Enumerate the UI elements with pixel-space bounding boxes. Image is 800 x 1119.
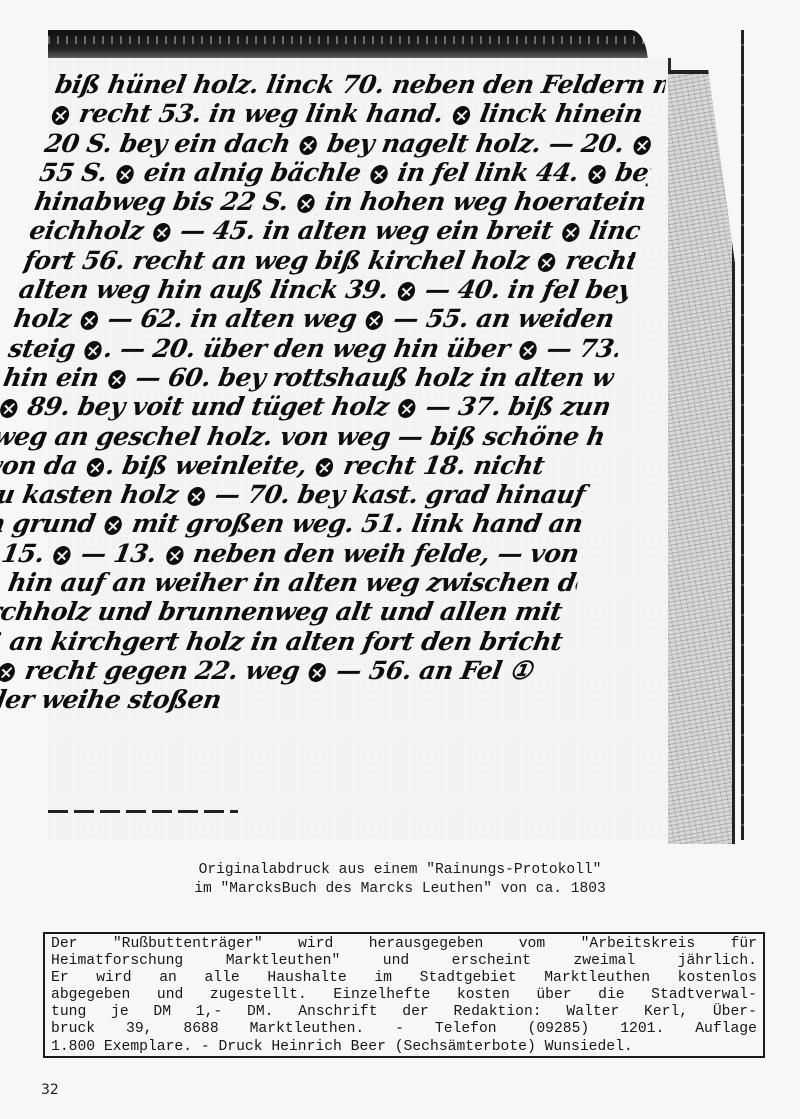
imprint-word: jährlich. [678, 953, 757, 970]
imprint-word: zweimal [573, 953, 635, 970]
handwritten-line: biß hünel holz. linck 70. neben den Feld… [53, 70, 668, 99]
manuscript-photo: biß hünel holz. linck 70. neben den Feld… [48, 30, 762, 840]
imprint-word: Heimatforschung [51, 953, 183, 970]
imprint-word: "Rußbuttenträger" [113, 936, 263, 953]
imprint-word: Auflage [695, 1021, 757, 1038]
imprint-word: DM [153, 1004, 171, 1021]
imprint-word: abgegeben [51, 987, 130, 1004]
boundary-stone-mark-icon [115, 165, 135, 184]
bottom-edge-line [48, 810, 238, 813]
boundary-stone-mark-icon [518, 341, 538, 360]
imprint-word: 1.800 Exemplare. - Druck Heinrich Beer (… [51, 1039, 633, 1056]
handwritten-line: 15. — 13. neben den weih felde, — von [0, 539, 585, 568]
imprint-word: kostenlos [678, 970, 757, 987]
handwritten-line: biß an kirchgert holz in alten fort den … [0, 627, 570, 656]
imprint-word: Einzelhefte [333, 987, 430, 1004]
imprint-word: Stadtgebiet [420, 970, 517, 987]
imprint-line: 1.800 Exemplare. - Druck Heinrich Beer (… [51, 1039, 757, 1056]
imprint-word: je [111, 1004, 129, 1021]
imprint-word: kosten [457, 987, 510, 1004]
boundary-stone-mark-icon [186, 487, 206, 506]
boundary-stone-mark-icon [632, 136, 652, 155]
imprint-word: vom [519, 936, 545, 953]
imprint-word: für [731, 936, 757, 953]
imprint-line: HeimatforschungMarktleuthen"underscheint… [51, 953, 757, 970]
boundary-stone-mark-icon [107, 370, 127, 389]
imprint-word: und [157, 987, 183, 1004]
boundary-stone-mark-icon [397, 399, 417, 418]
boundary-stone-mark-icon [0, 663, 16, 682]
page-edge-line [741, 30, 744, 840]
boundary-stone-mark-icon [79, 311, 99, 330]
imprint-word: wird [298, 936, 333, 953]
imprint-word: Stadtverwal- [651, 987, 757, 1004]
imprint-word: bruck [51, 1021, 95, 1038]
boundary-stone-mark-icon [587, 165, 607, 184]
boundary-stone-mark-icon [369, 165, 389, 184]
page-number: 32 [41, 1082, 59, 1098]
imprint-word: Anschrift [298, 1004, 377, 1021]
boundary-stone-mark-icon [307, 663, 327, 682]
imprint-word: zugestellt. [210, 987, 307, 1004]
imprint-word: die [598, 987, 624, 1004]
imprint-word: der [402, 1004, 428, 1021]
boundary-stone-mark-icon [364, 311, 384, 330]
imprint-line: bruck39,8688Marktleuthen.-Telefon(09285)… [51, 1021, 757, 1038]
handwritten-line: alten weg hin auß linck 39. — 40. in fel… [17, 275, 632, 304]
imprint-word: 1201. [620, 1021, 664, 1038]
handwritten-line: weg an geschel holz. von weg — biß schön… [0, 422, 606, 451]
handwritten-line: da hin auf an weiher in alten weg zwisch… [0, 568, 580, 597]
boundary-stone-mark-icon [560, 223, 580, 242]
handwritten-line: in grund mit großen weg. 51. link hand a… [0, 509, 591, 538]
handwritten-line: 55 S. ein alnig bächle in fel link 44. b… [37, 158, 652, 187]
imprint-word: Über- [713, 1004, 757, 1021]
imprint-word: Er [51, 970, 69, 987]
handwritten-line: recht 53. in weg link hand. linck hinein [48, 99, 663, 128]
imprint-word: "Arbeitskreis [581, 936, 696, 953]
handwritten-line: holz — 62. in alten weg — 55. an weiden [12, 304, 627, 333]
handwritten-line: von da . biß weinleite, recht 18. nicht [0, 451, 601, 480]
handwritten-line: 89. bey voit und tüget holz — 37. biß zu… [0, 392, 611, 421]
boundary-stone-mark-icon [537, 253, 557, 272]
handwritten-line: eichholz — 45. in alten weg ein breit li… [27, 216, 642, 245]
imprint-word: 39, [126, 1021, 152, 1038]
imprint-word: DM. [247, 1004, 273, 1021]
imprint-word: Der [51, 936, 77, 953]
boundary-stone-mark-icon [396, 282, 416, 301]
boundary-stone-mark-icon [151, 223, 171, 242]
handwritten-line: fort 56. recht an weg biß kirchel holz r… [22, 246, 637, 275]
imprint-word: Marktleuthen" [226, 953, 341, 970]
imprint-word: und [383, 953, 409, 970]
imprint-word: 8688 [183, 1021, 218, 1038]
handwritten-line: zu kasten holz — 70. bey kast. grad hina… [0, 480, 596, 509]
imprint-word: Redaktion: [453, 1004, 541, 1021]
imprint-word: über [536, 987, 571, 1004]
handwritten-line: hin ein — 60. bey rottshauß holz in alte… [1, 363, 616, 392]
imprint-word: Haushalte [267, 970, 346, 987]
imprint-word: Telefon [435, 1021, 497, 1038]
imprint-word: herausgegeben [369, 936, 484, 953]
handwritten-line: hinabweg bis 22 S. in hohen weg hoeratei… [32, 187, 647, 216]
boundary-stone-mark-icon [50, 106, 70, 125]
boundary-stone-mark-icon [0, 399, 19, 418]
imprint-word: Walter [566, 1004, 619, 1021]
imprint-line: Der"Rußbuttenträger"wirdherausgegebenvom… [51, 936, 757, 953]
photo-caption: Originalabdruck aus einem "Rainungs-Prot… [0, 861, 800, 899]
imprint-box: Der"Rußbuttenträger"wirdherausgegebenvom… [43, 932, 765, 1058]
imprint-word: (09285) [528, 1021, 590, 1038]
imprint-word: erscheint [452, 953, 531, 970]
handwritten-line: kirchholz und brunnenweg alt und allen m… [0, 597, 575, 626]
imprint-line: abgegebenundzugestellt.Einzelheftekosten… [51, 987, 757, 1004]
caption-line-2: im "MarcksBuch des Marcks Leuthen" von c… [0, 880, 800, 899]
boundary-stone-mark-icon [83, 341, 103, 360]
handwritten-line: alt recht gegen 22. weg — 56. an Fel ① [0, 656, 565, 685]
imprint-word: im [374, 970, 392, 987]
imprint-word: Marktleuthen. [250, 1021, 365, 1038]
boundary-stone-mark-icon [315, 458, 335, 477]
imprint-line: ErwirdanalleHaushalteimStadtgebietMarktl… [51, 970, 757, 987]
caption-line-1: Originalabdruck aus einem "Rainungs-Prot… [0, 861, 800, 880]
imprint-word: alle [204, 970, 239, 987]
boundary-stone-mark-icon [296, 194, 316, 213]
boundary-stone-mark-icon [52, 546, 72, 565]
handwritten-text: biß hünel holz. linck 70. neben den Feld… [0, 70, 668, 715]
imprint-word: tung [51, 1004, 86, 1021]
boundary-stone-mark-icon [298, 136, 318, 155]
imprint-word: Marktleuthen [544, 970, 650, 987]
imprint-word: wird [96, 970, 131, 987]
boundary-stone-mark-icon [451, 106, 471, 125]
imprint-word: an [159, 970, 177, 987]
imprint-line: tungjeDM1,-DM.AnschriftderRedaktion:Walt… [51, 1004, 757, 1021]
handwritten-line: steig . — 20. über den weg hin über — 73… [6, 334, 621, 363]
imprint-word: - [395, 1021, 404, 1038]
boundary-stone-mark-icon [103, 516, 123, 535]
boundary-stone-mark-icon [164, 546, 184, 565]
book-binding-edge [668, 70, 735, 844]
boundary-stone-mark-icon [85, 458, 105, 477]
handwritten-line: 20 S. bey ein dach bey nagelt holz. — 20… [43, 129, 658, 158]
imprint-word: Kerl, [644, 1004, 688, 1021]
imprint-word: 1,- [196, 1004, 222, 1021]
handwritten-line: an der weihe stoßen [0, 685, 560, 714]
